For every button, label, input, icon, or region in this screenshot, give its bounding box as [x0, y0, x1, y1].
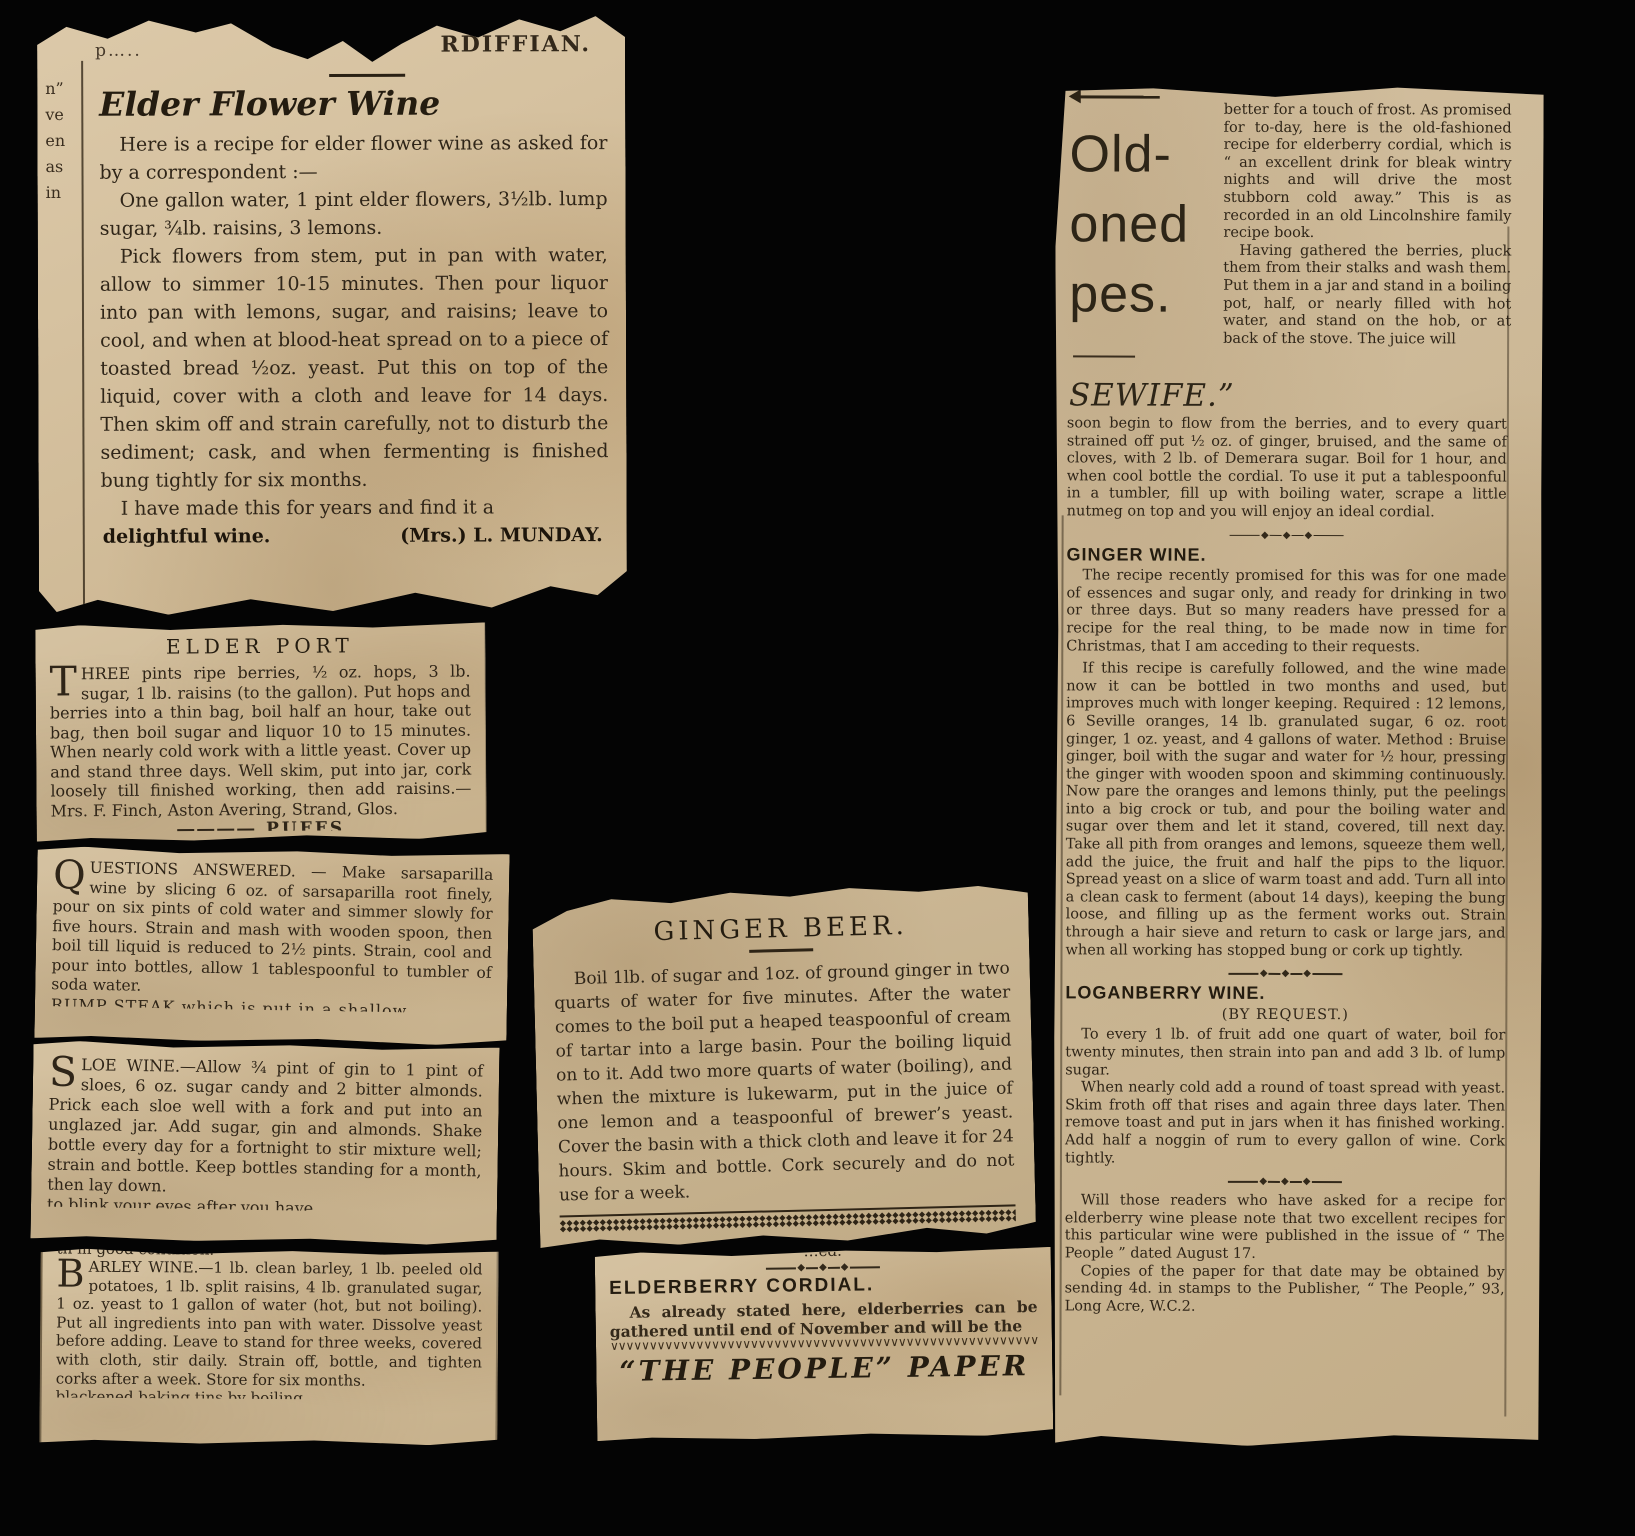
body-paragraph: Copies of the paper for that date may be…: [1065, 1263, 1505, 1317]
diamond-border-ornament: ◆◆◆◆◆◆◆◆◆◆◆◆◆◆◆◆◆◆◆◆◆◆◆◆◆◆◆◆◆◆◆◆◆◆◆◆◆◆◆◆…: [560, 1204, 1016, 1236]
narrow-text-column: better for a touch of frost. As promised…: [1223, 102, 1512, 349]
text-fragment: as: [45, 157, 63, 176]
body-paragraph: better for a touch of frost. As promised…: [1223, 102, 1511, 244]
body-paragraph: One gallon water, 1 pint elder flowers, …: [100, 185, 608, 243]
diamond-icon: ◆: [1259, 969, 1269, 979]
signature-line: delightful wine. (Mrs.) L. MUNDAY.: [101, 521, 609, 551]
clipping-old-fashioned-recipes: Old- oned pes. SEWIFE.” better for a tou…: [1052, 85, 1544, 1446]
body-paragraph: Boil 1lb. of sugar and 1oz. of ground gi…: [554, 956, 1016, 1207]
masthead-word-fragment: pes.: [1069, 259, 1219, 329]
ornament-line: [1311, 1181, 1341, 1183]
ornament-line: [1230, 535, 1260, 537]
ornament-line: [828, 1267, 840, 1269]
clipping-elder-port: ELDER PORT THREE pints ripe berries, ½ o…: [35, 622, 486, 841]
clipping-elderberry-cordial: …ed. ◆ ◆ ◆ ELDERBERRY CORDIAL. As alread…: [595, 1247, 1054, 1441]
headline-ginger-wine: GINGER WINE.: [1067, 546, 1507, 565]
body-paragraph: Here is a recipe for elder flower wine a…: [99, 129, 607, 187]
diamond-ornament: ◆ ◆ ◆: [1067, 530, 1507, 541]
ornament-line: [1228, 1181, 1258, 1183]
diamond-icon: ◆: [1303, 531, 1313, 541]
masthead-word-fragment: oned: [1069, 189, 1219, 259]
diamond-icon: ◆: [1281, 969, 1291, 979]
body-paragraph: Will those readers who have asked for a …: [1065, 1193, 1505, 1265]
the-people-paper-slogan: “THE PEOPLE” PAPER: [610, 1349, 1038, 1388]
diamond-icon: ◆: [840, 1263, 850, 1273]
body-paragraph: I have made this for years and find it a: [101, 493, 609, 523]
torn-text-fragment: p…..: [95, 41, 142, 61]
diamond-icon: ◆: [796, 1263, 806, 1273]
ornament-line: [1313, 535, 1343, 537]
ornament-line: [1312, 974, 1342, 976]
body-paragraph: As already stated here, elderberries can…: [609, 1297, 1037, 1341]
body-paragraph: SLOE WINE.—Allow ¾ pint of gin to 1 pint…: [47, 1055, 483, 1202]
clipping-elder-flower-wine: p….. RDIFFIAN. n” ve en as in Elder Flow…: [37, 13, 627, 615]
clipping-columns: n” ve en as in Elder Flower Wine Here is…: [45, 59, 613, 607]
body-paragraph: Pick flowers from stem, put in pan with …: [100, 241, 609, 495]
masthead-word-fragment: Old-: [1070, 119, 1220, 189]
text-fragment: en: [45, 131, 65, 150]
article-body: Elder Flower Wine Here is a recipe for e…: [97, 59, 613, 607]
ornament-line: [1290, 1181, 1302, 1183]
arrow-icon: [1072, 95, 1160, 98]
subheading-by-request: (BY REQUEST.): [1065, 1006, 1505, 1025]
body-paragraph: If this recipe is carefully followed, an…: [1065, 661, 1506, 961]
body-paragraph: The recipe recently promised for this wa…: [1066, 568, 1506, 657]
body-paragraph: soon begin to flow from the berries, and…: [1067, 415, 1507, 522]
headline-elder-flower-wine: Elder Flower Wine: [99, 85, 607, 123]
body-paragraph: When nearly cold add a round of toast sp…: [1065, 1080, 1505, 1169]
column-masthead: Old- oned pes. SEWIFE.”: [1069, 119, 1220, 413]
body-paragraph: To every 1 lb. of fruit add one quart of…: [1065, 1027, 1505, 1081]
ornament-line: [1270, 535, 1282, 537]
diamond-icon: ◆: [1302, 1177, 1312, 1187]
diamond-icon: ◆: [1280, 1177, 1290, 1187]
diamond-icon: ◆: [1260, 530, 1270, 540]
cutoff-text-fragment: blackened baking tins by boiling: [56, 1388, 482, 1401]
housewife-masthead-fragment: SEWIFE.”: [1069, 377, 1219, 413]
headline-elderberry-cordial: ELDERBERRY CORDIAL.: [609, 1272, 1037, 1300]
diamond-icon: ◆: [1282, 531, 1292, 541]
signature-text: delightful wine.: [103, 523, 271, 552]
adjacent-column-fragments: n” ve en as in: [45, 61, 83, 607]
ornament-line: [1291, 535, 1303, 537]
text-fragment: ve: [45, 105, 64, 124]
main-text-column: soon begin to flow from the berries, and…: [1065, 415, 1507, 1316]
ornament-line: [806, 1267, 818, 1269]
diamond-icon: ◆: [818, 1263, 828, 1273]
ornament-line: [1290, 973, 1302, 975]
clipping-ginger-beer: GINGER BEER. Boil 1lb. of sugar and 1oz.…: [532, 882, 1037, 1248]
text-fragment: n”: [45, 79, 64, 98]
clipping-sloe-wine: SLOE WINE.—Allow ¾ pint of gin to 1 pint…: [30, 1040, 499, 1245]
text-fragment: in: [46, 183, 61, 202]
body-paragraph: Having gathered the berries, pluck them …: [1223, 243, 1511, 349]
diamond-ornament: ◆ ◆ ◆: [1065, 969, 1505, 980]
headline-loganberry-wine: LOGANBERRY WINE.: [1065, 985, 1505, 1004]
clipping-questions-answered: QUESTIONS ANSWERED. — Make sarsaparilla …: [34, 846, 509, 1046]
divider-rule: [749, 948, 813, 953]
newspaper-masthead-fragment: RDIFFIAN.: [440, 31, 591, 58]
body-paragraph: QUESTIONS ANSWERED. — Make sarsaparilla …: [51, 858, 493, 1002]
signature-author: (Mrs.) L. MUNDAY.: [400, 521, 603, 550]
body-paragraph: THREE pints ripe berries, ½ oz. hops, 3 …: [50, 662, 472, 821]
divider-rule: [1073, 355, 1135, 357]
diamond-icon: ◆: [1258, 1177, 1268, 1187]
column-rule: [1059, 515, 1063, 1395]
ornament-line: [766, 1268, 796, 1270]
headline-ginger-beer: GINGER BEER.: [552, 908, 1009, 949]
ornament-line: [1229, 973, 1259, 975]
diamond-ornament: ◆ ◆ ◆: [1065, 1177, 1505, 1188]
ornament-line: [1269, 973, 1281, 975]
clipping-barley-wine: th in good condition. BARLEY WINE.—1 lb.…: [39, 1248, 498, 1445]
diamond-icon: ◆: [1302, 969, 1312, 979]
body-paragraph: BARLEY WINE.—1 lb. clean barley, 1 lb. p…: [56, 1258, 483, 1391]
scrapbook-page: p….. RDIFFIAN. n” ve en as in Elder Flow…: [0, 0, 1635, 1536]
ornament-line: [849, 1266, 879, 1268]
ornament-line: [1268, 1181, 1280, 1183]
headline-elder-port: ELDER PORT: [49, 633, 470, 660]
